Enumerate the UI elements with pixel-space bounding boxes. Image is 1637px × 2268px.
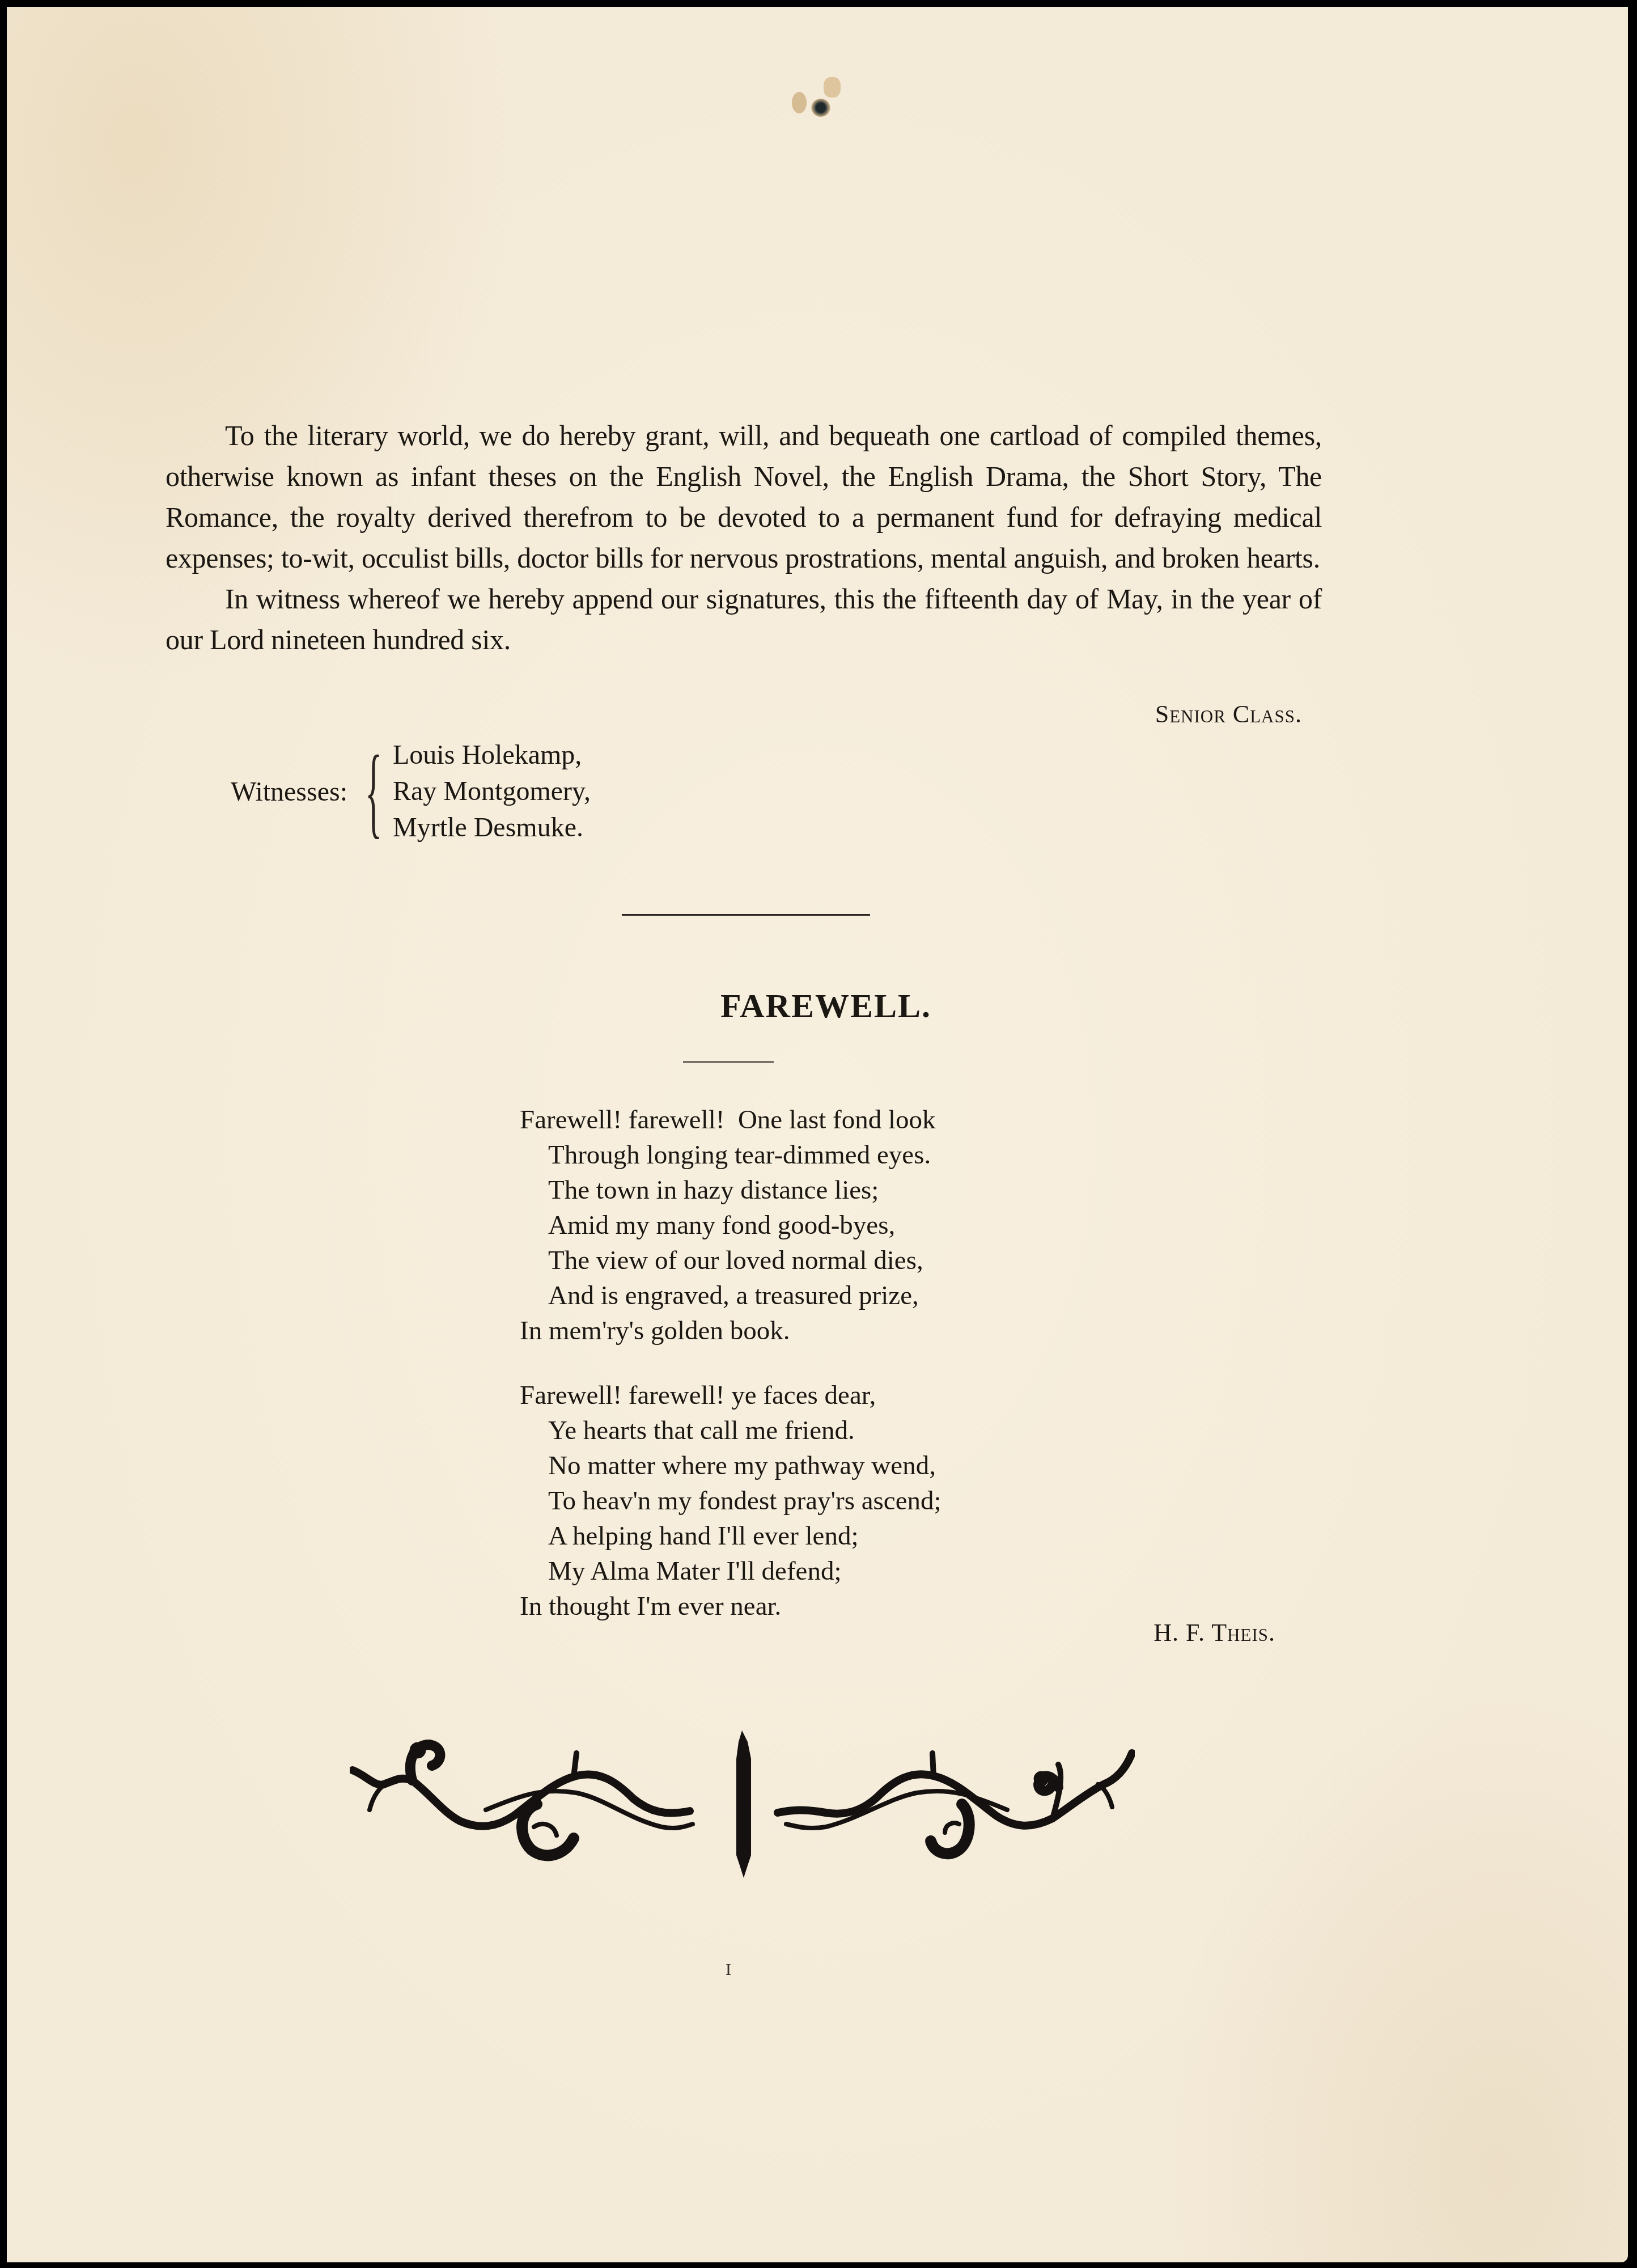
- poem-title: FAREWELL.: [7, 987, 1628, 1026]
- poem-line: The town in hazy distance lies;: [520, 1173, 935, 1208]
- poem-title-punct: .: [922, 987, 931, 1025]
- signature-senior-class: Senior Class.: [1155, 700, 1302, 729]
- section-divider: [622, 914, 870, 916]
- bequest-text: To the literary world, we do hereby gran…: [166, 415, 1322, 660]
- witness-names: Louis Holekamp, Ray Montgomery, Myrtle D…: [393, 737, 591, 846]
- witness-name: Ray Montgomery,: [393, 773, 591, 810]
- poem-line: Farewell! farewell! ye faces dear,: [520, 1378, 942, 1413]
- poem-line: The view of our loved normal dies,: [520, 1243, 935, 1278]
- paper-stain: [792, 75, 843, 120]
- poem-author: H. F. Theis.: [1153, 1618, 1275, 1647]
- poem-stanza: Farewell! farewell! One last fond look T…: [520, 1102, 935, 1348]
- witness-name: Louis Holekamp,: [393, 737, 591, 773]
- document-page: To the literary world, we do hereby gran…: [7, 7, 1628, 2262]
- poem-line: Amid my many fond good-byes,: [520, 1208, 935, 1243]
- poem-line: Farewell! farewell! One last fond look: [520, 1102, 935, 1137]
- poem-line: To heav'n my fondest pray'rs ascend;: [520, 1483, 942, 1518]
- poem-title-text: FAREWELL: [720, 987, 922, 1025]
- witnesses-label: Witnesses:: [231, 776, 347, 807]
- witness-name: Myrtle Desmuke.: [393, 810, 591, 846]
- poem-line: Ye hearts that call me friend.: [520, 1413, 942, 1448]
- witnesses-block: Witnesses: { Louis Holekamp, Ray Montgom…: [231, 737, 591, 846]
- poem-line: And is engraved, a treasured prize,: [520, 1278, 935, 1313]
- poem-line: In thought I'm ever near.: [520, 1589, 942, 1624]
- bequest-paragraph: To the literary world, we do hereby gran…: [166, 415, 1322, 578]
- poem-stanza: Farewell! farewell! ye faces dear, Ye he…: [520, 1378, 942, 1624]
- page-number: I: [726, 1960, 731, 1979]
- witness-paragraph: In witness whereof we hereby append our …: [166, 578, 1322, 660]
- poem-line: Through longing tear-dimmed eyes.: [520, 1137, 935, 1173]
- poem-line: My Alma Mater I'll defend;: [520, 1554, 942, 1589]
- poem-line: A helping hand I'll ever lend;: [520, 1518, 942, 1554]
- poem-line: No matter where my pathway wend,: [520, 1448, 942, 1483]
- title-underline: [683, 1061, 774, 1063]
- scroll-flourish-ornament-icon: [350, 1713, 1135, 1878]
- poem-line: In mem'ry's golden book.: [520, 1313, 935, 1348]
- curly-brace-icon: {: [365, 741, 373, 843]
